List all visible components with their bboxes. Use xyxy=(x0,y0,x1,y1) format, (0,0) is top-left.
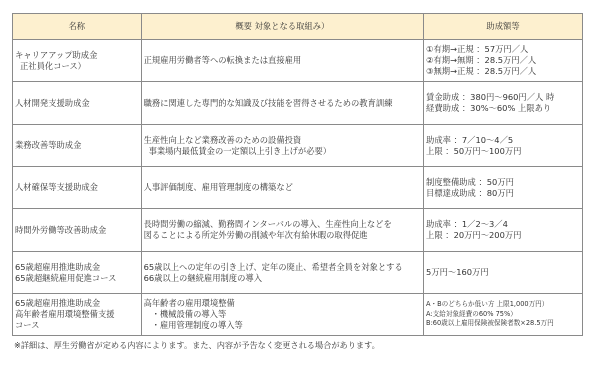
table-row: 人材開発支援助成金 職務に関連した専門的な知識及び技能を習得させるための教育訓練… xyxy=(13,82,583,125)
table-row: 時間外労働等改善助成金 長時間労働の縮減、勤務間インターバルの導入、生産性向上な… xyxy=(13,209,583,252)
name-line: 正社員化コース） xyxy=(15,61,139,72)
description-line: 職務に関連した専門的な知識及び技能を習得させるための教育訓練 xyxy=(144,98,421,109)
description-line: 事業場内最低賃金の一定額以上引き上げが必要） xyxy=(144,146,421,157)
cell-description: 正規雇用労働者等への転換または直接雇用 xyxy=(141,40,423,82)
description-line: 長時間労働の縮減、勤務間インターバルの導入、生産性向上などを xyxy=(144,219,421,230)
name-line: 65歳超雇用推進助成金 xyxy=(15,262,139,273)
amount-line: 上限 ：20万円～200万円 xyxy=(426,230,580,241)
cell-description: 生産性向上など業務改善のための設備投資 事業場内最低賃金の一定額以上引き上げが必… xyxy=(141,125,423,167)
description-line: ・機械設備の導入等 xyxy=(144,309,421,320)
amount-line: ②有期→無期 ：28.5万円／人 xyxy=(426,55,580,66)
header-name: 名称 xyxy=(13,14,142,40)
description-line: 高年齢者の雇用環境整備 xyxy=(144,298,421,309)
subsidy-table: 名称 概要 対象となる取組み） 助成額等 キャリアアップ助成金 正社員化コース）… xyxy=(12,13,583,336)
cell-description: 65歳以上への定年の引き上げ、定年の廃止、希望者全員を対象とする 66歳以上の継… xyxy=(141,252,423,294)
cell-name: 人材確保等支援助成金 xyxy=(13,167,142,209)
amount-line: B:60歳以上雇用保険被保険者数×28.5万円 xyxy=(426,319,580,329)
name-line: 人材確保等支援助成金 xyxy=(15,182,139,193)
name-line: 業務改善等助成金 xyxy=(15,140,139,151)
description-line: 人事評価制度、雇用管理制度の構築など xyxy=(144,182,421,193)
amount-line: 目標達成助成 ：80万円 xyxy=(426,188,580,199)
table-header-row: 名称 概要 対象となる取組み） 助成額等 xyxy=(13,14,583,40)
amount-line: ③無期→正規 ：28.5万円／人 xyxy=(426,66,580,77)
description-line: 65歳以上への定年の引き上げ、定年の廃止、希望者全員を対象とする xyxy=(144,262,421,273)
name-line: 65歳超雇用推進助成金 xyxy=(15,298,139,309)
name-line: 高年齢者雇用環境整備支援 xyxy=(15,309,139,320)
cell-amount: 助成率 ：1／2～3／4 上限 ：20万円～200万円 xyxy=(424,209,583,252)
cell-name: 業務改善等助成金 xyxy=(13,125,142,167)
table-row: 65歳超雇用推進助成金 65歳超継続雇用促進コース 65歳以上への定年の引き上げ… xyxy=(13,252,583,294)
amount-line: 5万円～160万円 xyxy=(426,267,580,278)
name-line: キャリアアップ助成金 xyxy=(15,50,139,61)
description-line: ・雇用管理制度の導入等 xyxy=(144,320,421,331)
cell-description: 長時間労働の縮減、勤務間インターバルの導入、生産性向上などを 図ることによる所定… xyxy=(141,209,423,252)
description-line: 66歳以上の継続雇用制度の導入 xyxy=(144,273,421,284)
amount-line: 賃金助成 ：380円～960円／人 時 xyxy=(426,92,580,103)
amount-line: A:支給対象経費の60% 75%） xyxy=(426,310,580,320)
amount-line: 制度整備助成 ：50万円 xyxy=(426,177,580,188)
cell-amount: A・Bのどちらか低い方 上限1,000万円） A:支給対象経費の60% 75%）… xyxy=(424,294,583,336)
cell-name: キャリアアップ助成金 正社員化コース） xyxy=(13,40,142,82)
cell-name: 65歳超雇用推進助成金 高年齢者雇用環境整備支援 コース xyxy=(13,294,142,336)
table-row: 人材確保等支援助成金 人事評価制度、雇用管理制度の構築など 制度整備助成 ：50… xyxy=(13,167,583,209)
table-row: 65歳超雇用推進助成金 高年齢者雇用環境整備支援 コース 高年齢者の雇用環境整備… xyxy=(13,294,583,336)
cell-name: 時間外労働等改善助成金 xyxy=(13,209,142,252)
description-line: 図ることによる所定外労働の削減や年次有給休暇の取得促進 xyxy=(144,230,421,241)
table-row: 業務改善等助成金 生産性向上など業務改善のための設備投資 事業場内最低賃金の一定… xyxy=(13,125,583,167)
amount-line: 助成率 ：7／10～4／5 xyxy=(426,135,580,146)
cell-amount: 助成率 ：7／10～4／5 上限 ：50万円～100万円 xyxy=(424,125,583,167)
amount-line: ①有期→正規 ：57万円／人 xyxy=(426,44,580,55)
name-line: 人材開発支援助成金 xyxy=(15,98,139,109)
description-line: 正規雇用労働者等への転換または直接雇用 xyxy=(144,55,421,66)
cell-name: 65歳超雇用推進助成金 65歳超継続雇用促進コース xyxy=(13,252,142,294)
amount-line: A・Bのどちらか低い方 上限1,000万円） xyxy=(426,300,580,310)
cell-description: 人事評価制度、雇用管理制度の構築など xyxy=(141,167,423,209)
amount-line: 経費助成 ：30%～60% 上限あり xyxy=(426,103,580,114)
name-line: コース xyxy=(15,320,139,331)
cell-amount: 賃金助成 ：380円～960円／人 時 経費助成 ：30%～60% 上限あり xyxy=(424,82,583,125)
name-line: 時間外労働等改善助成金 xyxy=(15,225,139,236)
amount-line: 上限 ：50万円～100万円 xyxy=(426,146,580,157)
cell-name: 人材開発支援助成金 xyxy=(13,82,142,125)
cell-description: 高年齢者の雇用環境整備 ・機械設備の導入等 ・雇用管理制度の導入等 xyxy=(141,294,423,336)
footnote: ※詳細は、厚生労働省が定める内容によります。また、内容が予告なく変更される場合が… xyxy=(14,340,380,351)
cell-amount: 5万円～160万円 xyxy=(424,252,583,294)
name-line: 65歳超継続雇用促進コース xyxy=(15,273,139,284)
cell-amount: 制度整備助成 ：50万円 目標達成助成 ：80万円 xyxy=(424,167,583,209)
table-row: キャリアアップ助成金 正社員化コース） 正規雇用労働者等への転換または直接雇用 … xyxy=(13,40,583,82)
cell-description: 職務に関連した専門的な知識及び技能を習得させるための教育訓練 xyxy=(141,82,423,125)
description-line: 生産性向上など業務改善のための設備投資 xyxy=(144,135,421,146)
amount-line: 助成率 ：1／2～3／4 xyxy=(426,219,580,230)
header-amount: 助成額等 xyxy=(424,14,583,40)
header-description: 概要 対象となる取組み） xyxy=(141,14,423,40)
cell-amount: ①有期→正規 ：57万円／人 ②有期→無期 ：28.5万円／人 ③無期→正規 ：… xyxy=(424,40,583,82)
